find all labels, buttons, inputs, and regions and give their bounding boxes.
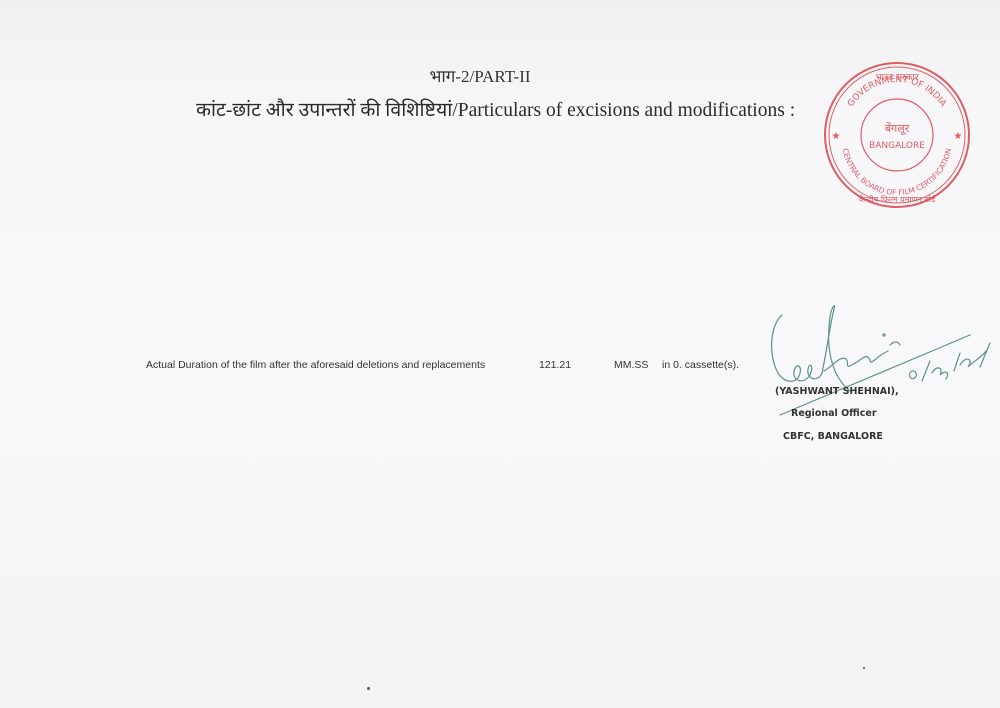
stamp-ring-bottom: CENTRAL BOARD OF FILM CERTIFICATION (841, 147, 954, 197)
stamp-center-hindi: बेंगलूर (885, 122, 910, 136)
official-seal-icon: GOVERNMENT OF INDIA CENTRAL BOARD OF FIL… (822, 60, 972, 210)
signature-icon (760, 295, 1000, 425)
officer-name: (YASHWANT SHEHNAI), (775, 386, 899, 397)
scan-speck (863, 667, 865, 669)
officer-office: CBFC, BANGALORE (783, 431, 883, 442)
scan-speck (367, 687, 370, 690)
stamp-center-english: BANGALORE (869, 141, 925, 151)
svg-text:★: ★ (954, 131, 963, 142)
officer-title: Regional Officer (791, 408, 877, 419)
stamp-bottom-hindi: केन्द्रीय फिल्म प्रमाणन बोर्ड (859, 194, 937, 204)
duration-unit: MM.SS (614, 359, 648, 371)
duration-label: Actual Duration of the film after the af… (146, 359, 485, 371)
svg-text:★: ★ (832, 131, 841, 142)
stamp-top-hindi: भारत सरकार (875, 73, 918, 83)
duration-cassette: in 0. cassette(s). (662, 359, 739, 371)
duration-value: 121.21 (539, 359, 571, 371)
section-title: कांट-छांट और उपान्तरों की विशिष्टियां/Pa… (196, 95, 795, 122)
document-page: भाग-2/PART-II कांट-छांट और उपान्तरों की … (0, 0, 1000, 708)
